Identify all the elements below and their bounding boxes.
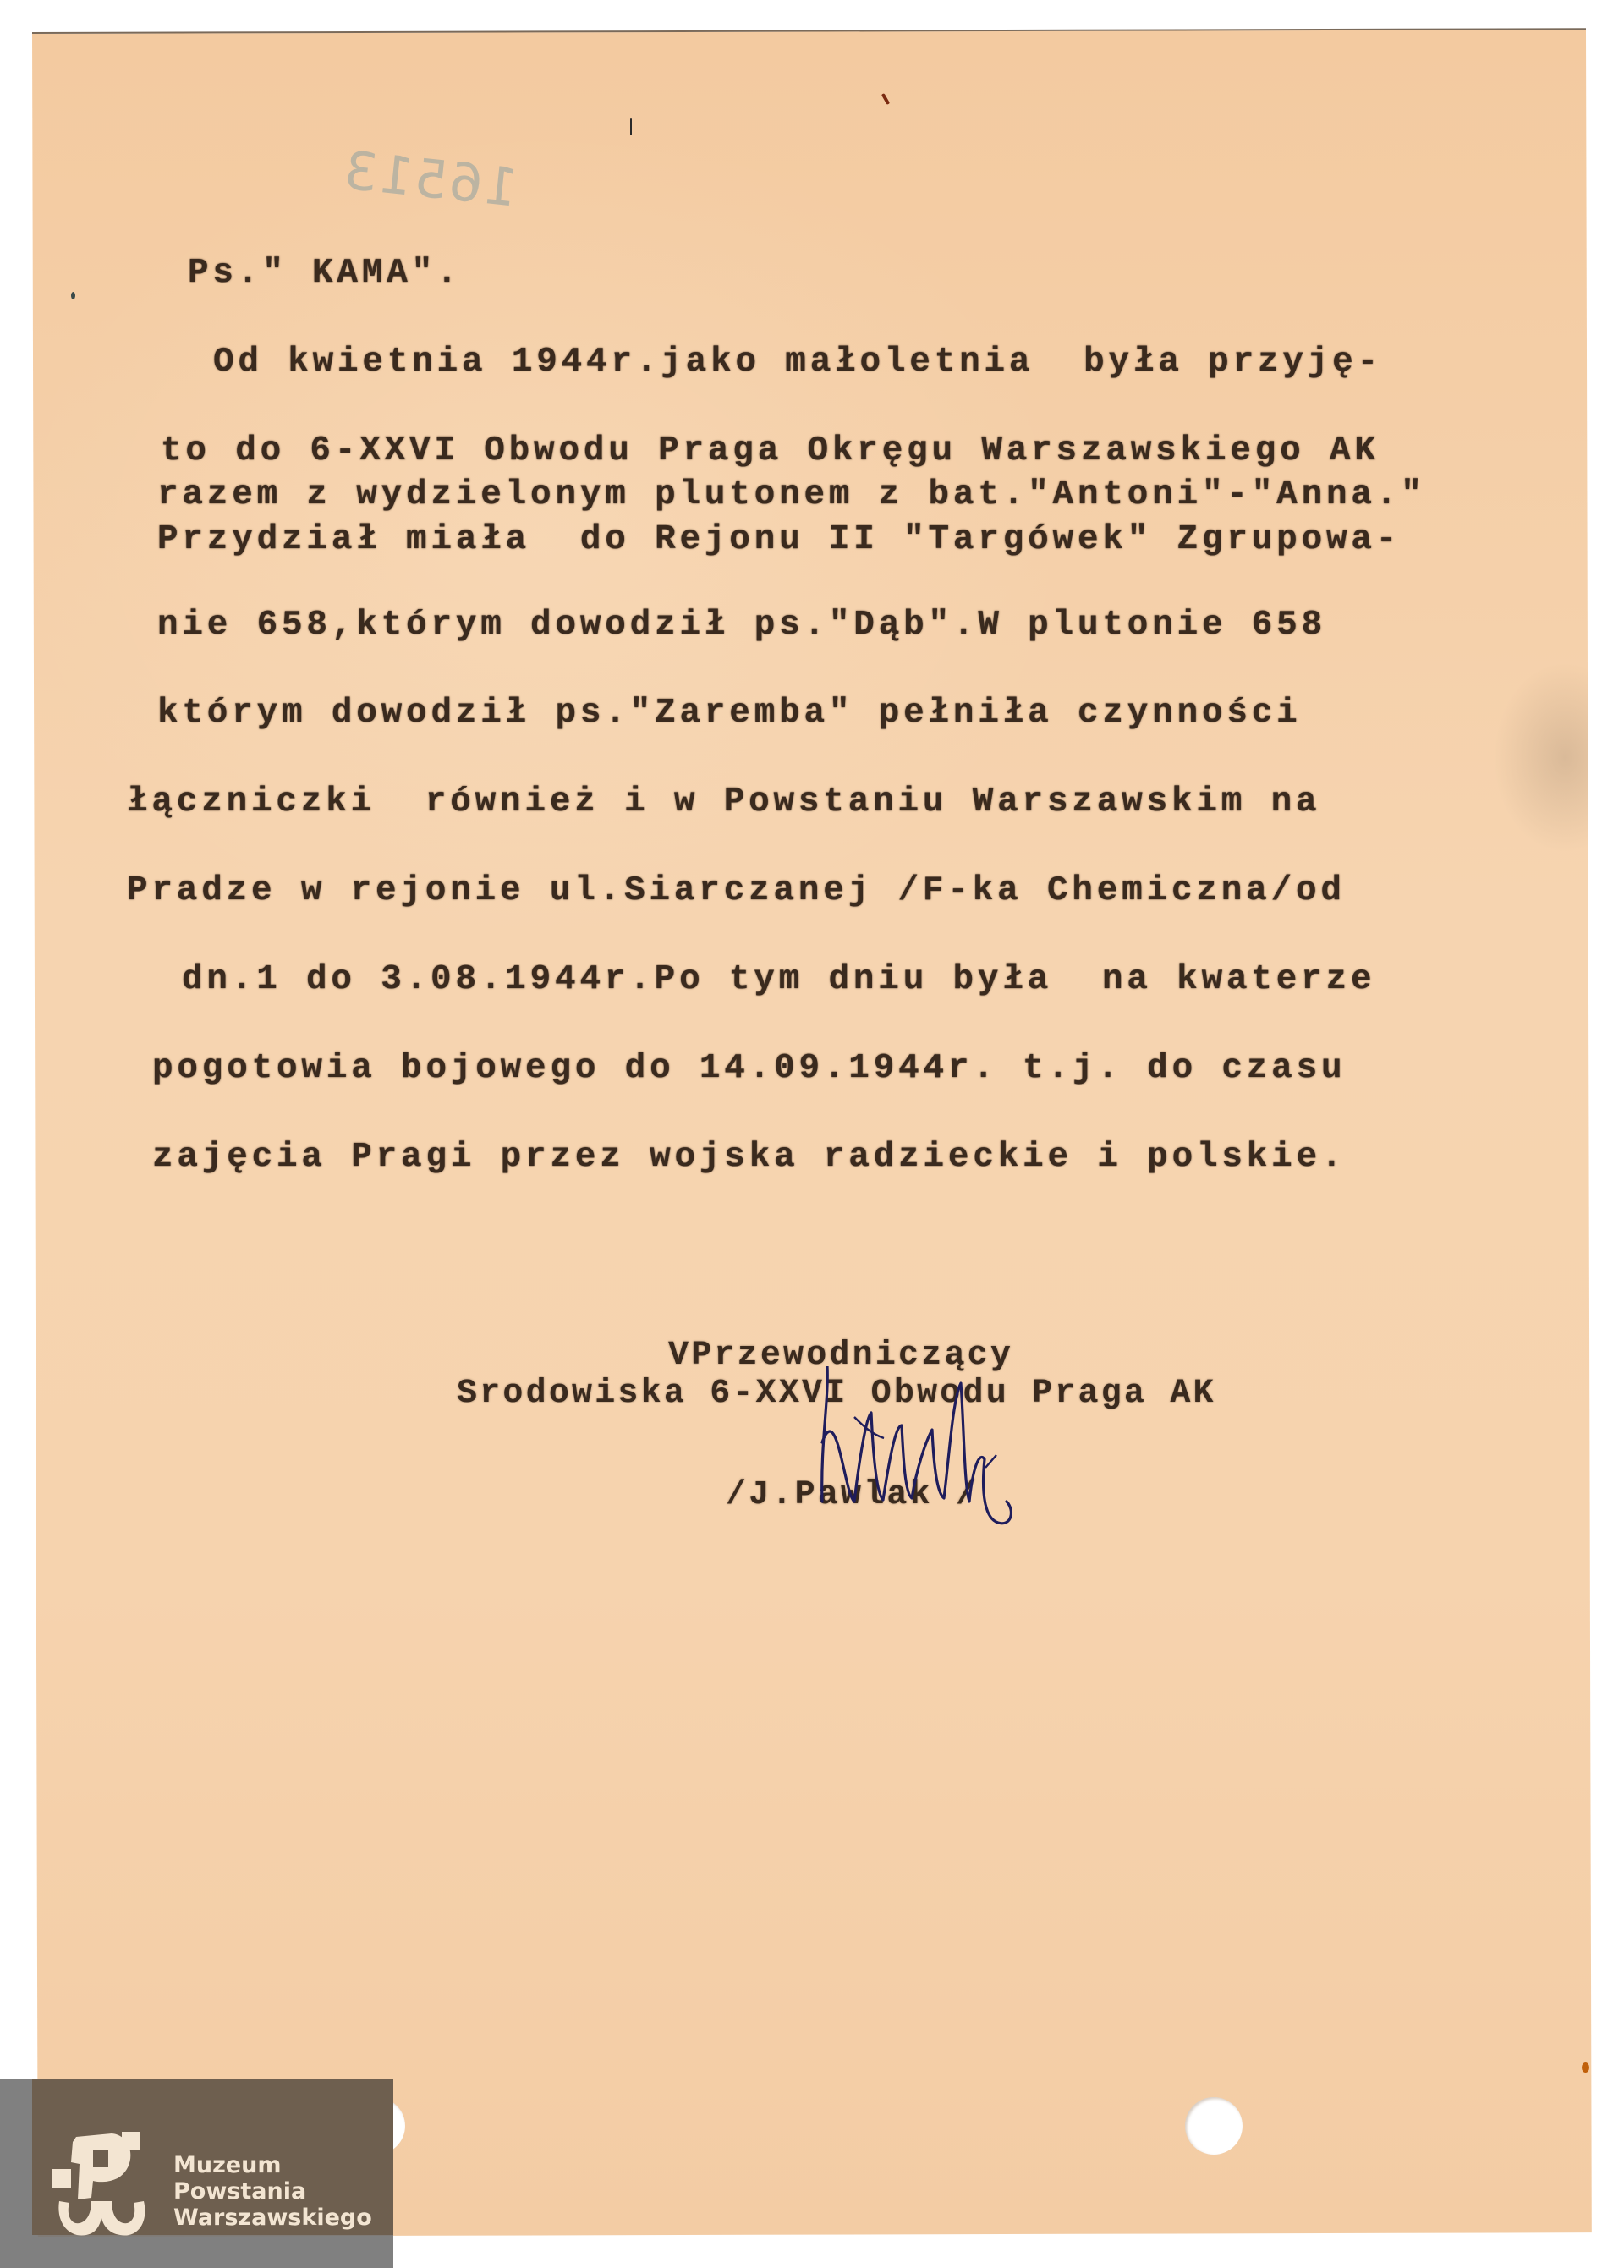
paper-speck — [1582, 2062, 1589, 2073]
body-line: dn.1 do 3.08.1944r.Po tym dniu była na k… — [182, 960, 1375, 999]
handwritten-signature-icon — [804, 1366, 1100, 1535]
body-line: którym dowodził ps."Zaremba" pełniła czy… — [157, 694, 1302, 733]
punch-hole — [1185, 2097, 1243, 2155]
museum-name-line: Warszawskiego — [173, 2205, 372, 2231]
paper-speck — [71, 292, 75, 299]
museum-watermark: Muzeum Powstania Warszawskiego — [0, 2079, 393, 2268]
body-line: to do 6-XXVI Obwodu Praga Okręgu Warszaw… — [161, 431, 1380, 470]
paper-speck — [630, 118, 632, 135]
body-line: łączniczki również i w Powstaniu Warszaw… — [127, 783, 1320, 821]
body-line: Od kwietnia 1944r.jako małoletnia była p… — [213, 343, 1382, 382]
body-line: pogotowia bojowego do 14.09.1944r. t.j. … — [152, 1049, 1346, 1088]
heading-pseudonym: Ps." KAMA". — [188, 254, 461, 293]
kotwica-anchor-icon — [52, 2130, 152, 2240]
museum-name-line: Powstania — [173, 2178, 372, 2205]
body-line: razem z wydzielonym plutonem z bat."Anto… — [157, 475, 1426, 514]
body-line: Pradze w rejonie ul.Siarczanej /F-ka Che… — [127, 871, 1346, 910]
body-line: nie 658,którym dowodził ps."Dąb".W pluto… — [157, 606, 1326, 645]
body-line: zajęcia Pragi przez wojska radzieckie i … — [152, 1138, 1346, 1177]
museum-name-line: Muzeum — [173, 2152, 372, 2178]
museum-name: Muzeum Powstania Warszawskiego — [173, 2152, 372, 2231]
body-line: Przydział miała do Rejonu II "Targówek" … — [157, 520, 1401, 559]
